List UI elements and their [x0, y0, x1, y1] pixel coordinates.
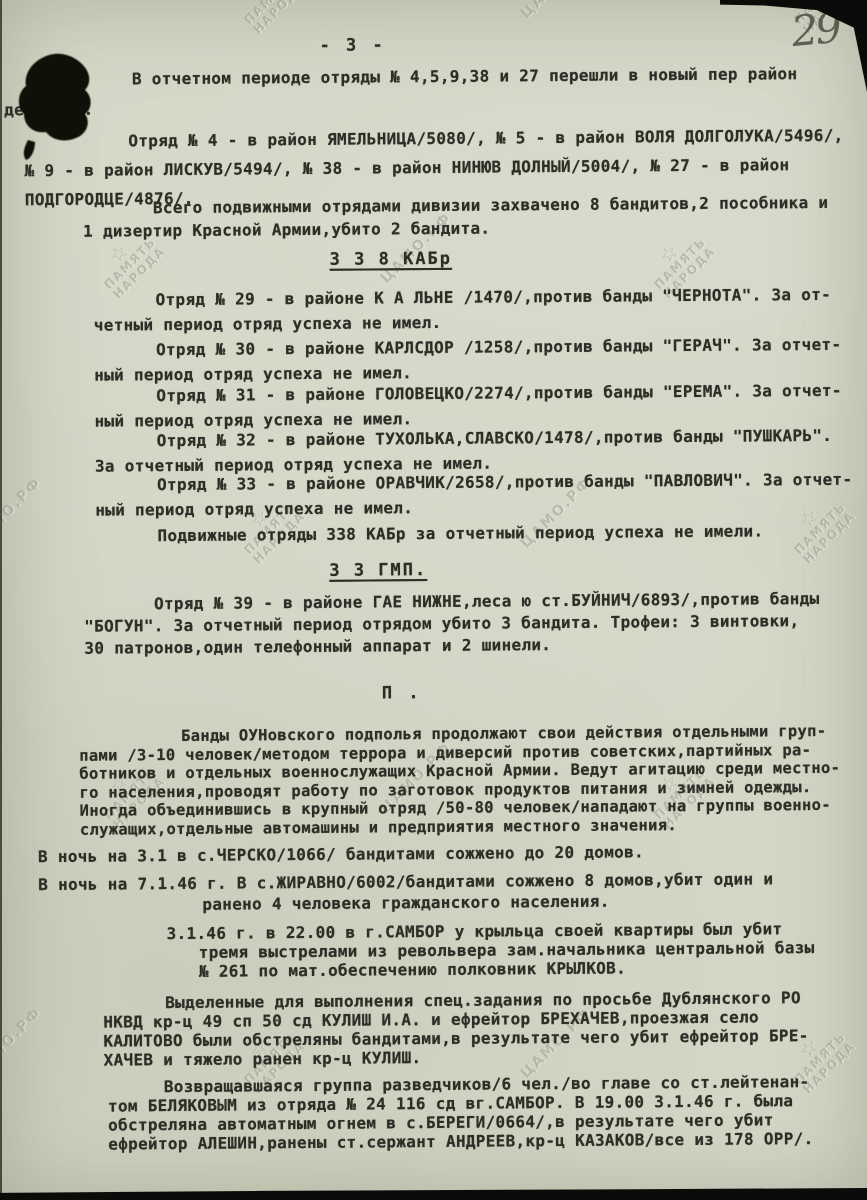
- paragraph-incident-zhiravno: В ночь на 7.1.46 г. В с.ЖИРАВНО/6002/бан…: [38, 868, 855, 916]
- paragraph-incident-sambor: 3.1.46 г. в 22.00 в г.САМБОР у крыльца с…: [199, 919, 830, 981]
- typewritten-text-layer: - 3 - 29 В отчетном периоде отряды № 4,5…: [0, 0, 867, 1200]
- paragraph-incident-kulish-brekhachev: Выделенные для выполнения спец.задания п…: [103, 988, 861, 1070]
- scanned-document-page: ЦАМО.РФ☆ПАМЯТЬНАРОДАЦАМО.РФ☆ПАМЯТЬНАРОДА…: [0, 0, 867, 1200]
- paragraph-oun-activity: Банды ОУНовского подполья продолжают сво…: [79, 722, 861, 839]
- heading-section-p: П .: [1, 678, 803, 709]
- paragraph-kabr-summary: Подвижные отряды 338 КАБр за отчетный пе…: [157, 518, 858, 549]
- paragraph-unit-29: Отряд № 29 - в районе К А ЛЬНЕ /1470/,пр…: [94, 282, 857, 338]
- paragraph-unit-39: Отряд № 39 - в районе ГАЕ НИЖНЕ,леса ю с…: [84, 588, 831, 660]
- paragraph-intro: В отчетном периоде отряды № 4,5,9,38 и 2…: [4, 59, 829, 125]
- paragraph-incident-recon-group: Возвращавшаяся группа разведчиков/6 чел.…: [108, 1072, 864, 1154]
- paragraph-capture-totals: Всего подвижными отрядами дивизии захвач…: [83, 191, 844, 243]
- torn-paper-ink-blot: [12, 48, 104, 166]
- backdrop-left-sliver: [0, 0, 2, 1200]
- paragraph-unit-33: Отряд № 33 - в районе ОРАВЧИК/2658/,прот…: [95, 467, 858, 523]
- page-number: - 3 -: [288, 33, 418, 59]
- heading-33-gmp: 3 3 ГМП.: [0, 555, 757, 586]
- paragraph-incident-chersko: В ночь на 3.1 в с.ЧЕРСКО/1066/ бандитами…: [38, 840, 855, 867]
- heading-338-kabr: 3 3 8 КАБр: [0, 244, 784, 275]
